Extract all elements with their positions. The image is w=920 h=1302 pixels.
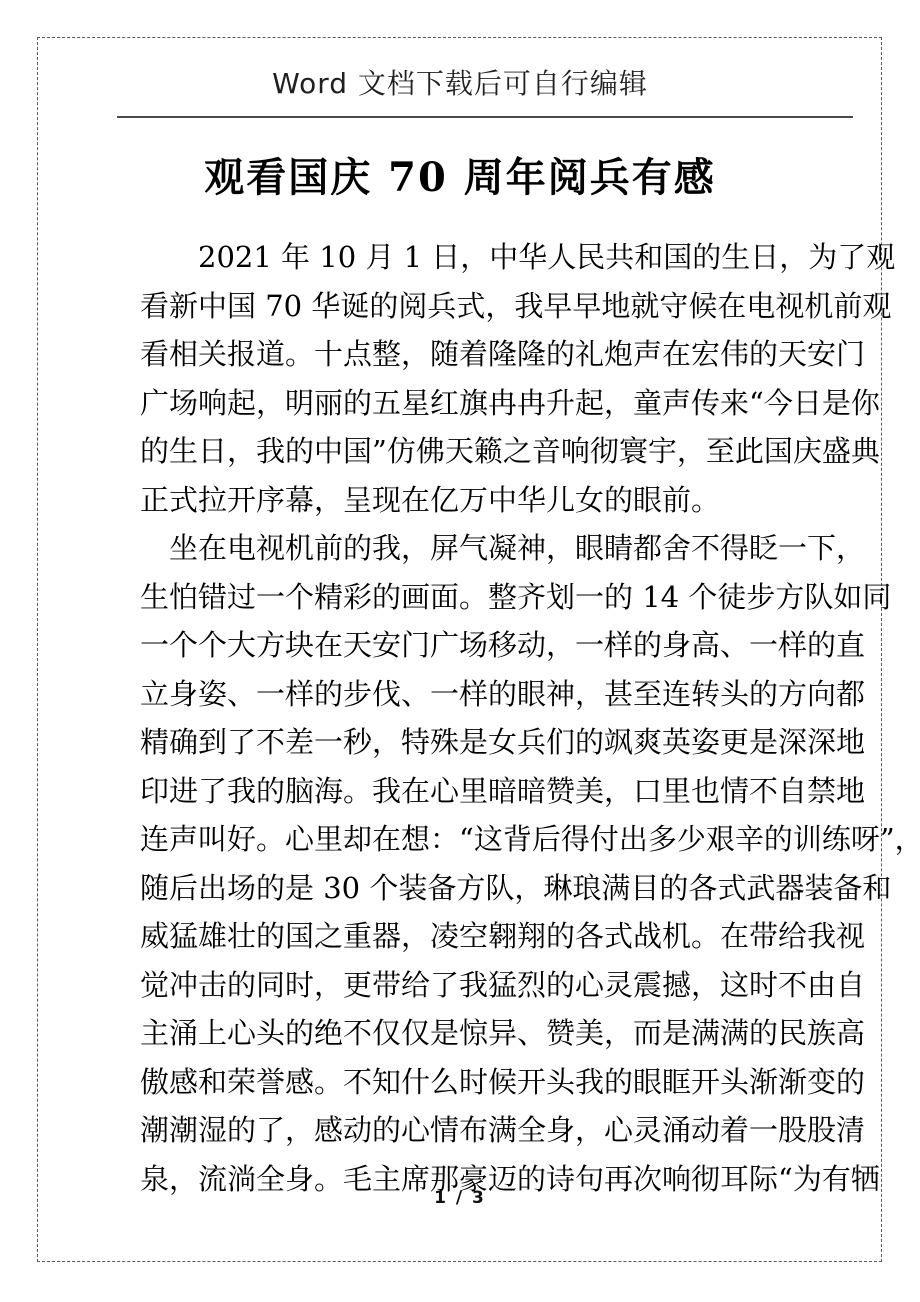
body-line: 生怕错过一个精彩的画面。整齐划一的 14 个徒步方队如同	[140, 573, 806, 622]
body-line: 正式拉开序幕，呈现在亿万中华儿女的眼前。	[140, 476, 806, 525]
paragraph: 2021 年 10 月 1 日，中华人民共和国的生日，为了观看新中国 70 华诞…	[140, 233, 806, 524]
body-line: 坐在电视机前的我，屏气凝神，眼睛都舍不得眨一下，	[140, 524, 806, 573]
body-line: 的生日，我的中国”仿佛天籁之音响彻寰宇，至此国庆盛典	[140, 427, 806, 476]
header-divider	[117, 116, 853, 118]
body-line: 潮潮湿的了，感动的心情布满全身，心灵涌动着一股股清	[140, 1106, 806, 1155]
body-line: 印进了我的脑海。我在心里暗暗赞美，口里也情不自禁地	[140, 767, 806, 816]
body-line: 随后出场的是 30 个装备方队，琳琅满目的各式武器装备和	[140, 864, 806, 913]
body-line: 看新中国 70 华诞的阅兵式，我早早地就守候在电视机前观	[140, 282, 806, 331]
body-line: 傲感和荣誉感。不知什么时候开头我的眼眶开头渐渐变的	[140, 1058, 806, 1107]
body-line: 觉冲击的同时，更带给了我猛烈的心灵震撼，这时不由自	[140, 961, 806, 1010]
body-line: 威猛雄壮的国之重器，凌空翱翔的各式战机。在带给我视	[140, 912, 806, 961]
body-line: 连声叫好。心里却在想：“这背后得付出多少艰辛的训练呀”，	[140, 815, 806, 864]
body-line: 立身姿、一样的步伐、一样的眼神，甚至连转头的方向都	[140, 670, 806, 719]
body-line: 广场响起，明丽的五星红旗冉冉升起，童声传来“今日是你	[140, 379, 806, 428]
body-line: 一个个大方块在天安门广场移动，一样的身高、一样的直	[140, 621, 806, 670]
body-line: 2021 年 10 月 1 日，中华人民共和国的生日，为了观	[140, 233, 806, 282]
body-line: 主涌上心头的绝不仅仅是惊异、赞美，而是满满的民族高	[140, 1009, 806, 1058]
paragraph: 坐在电视机前的我，屏气凝神，眼睛都舍不得眨一下，生怕错过一个精彩的画面。整齐划一…	[140, 524, 806, 1203]
page-number: 1 / 3	[37, 1188, 883, 1208]
body-line: 看相关报道。十点整，随着隆隆的礼炮声在宏伟的天安门	[140, 330, 806, 379]
header-note: Word 文档下载后可自行编辑	[37, 62, 883, 102]
document-title: 观看国庆 70 周年阅兵有感	[37, 146, 883, 203]
body-line: 精确到了不差一秒，特殊是女兵们的飒爽英姿更是深深地	[140, 718, 806, 767]
document-body: 2021 年 10 月 1 日，中华人民共和国的生日，为了观看新中国 70 华诞…	[140, 233, 806, 1203]
